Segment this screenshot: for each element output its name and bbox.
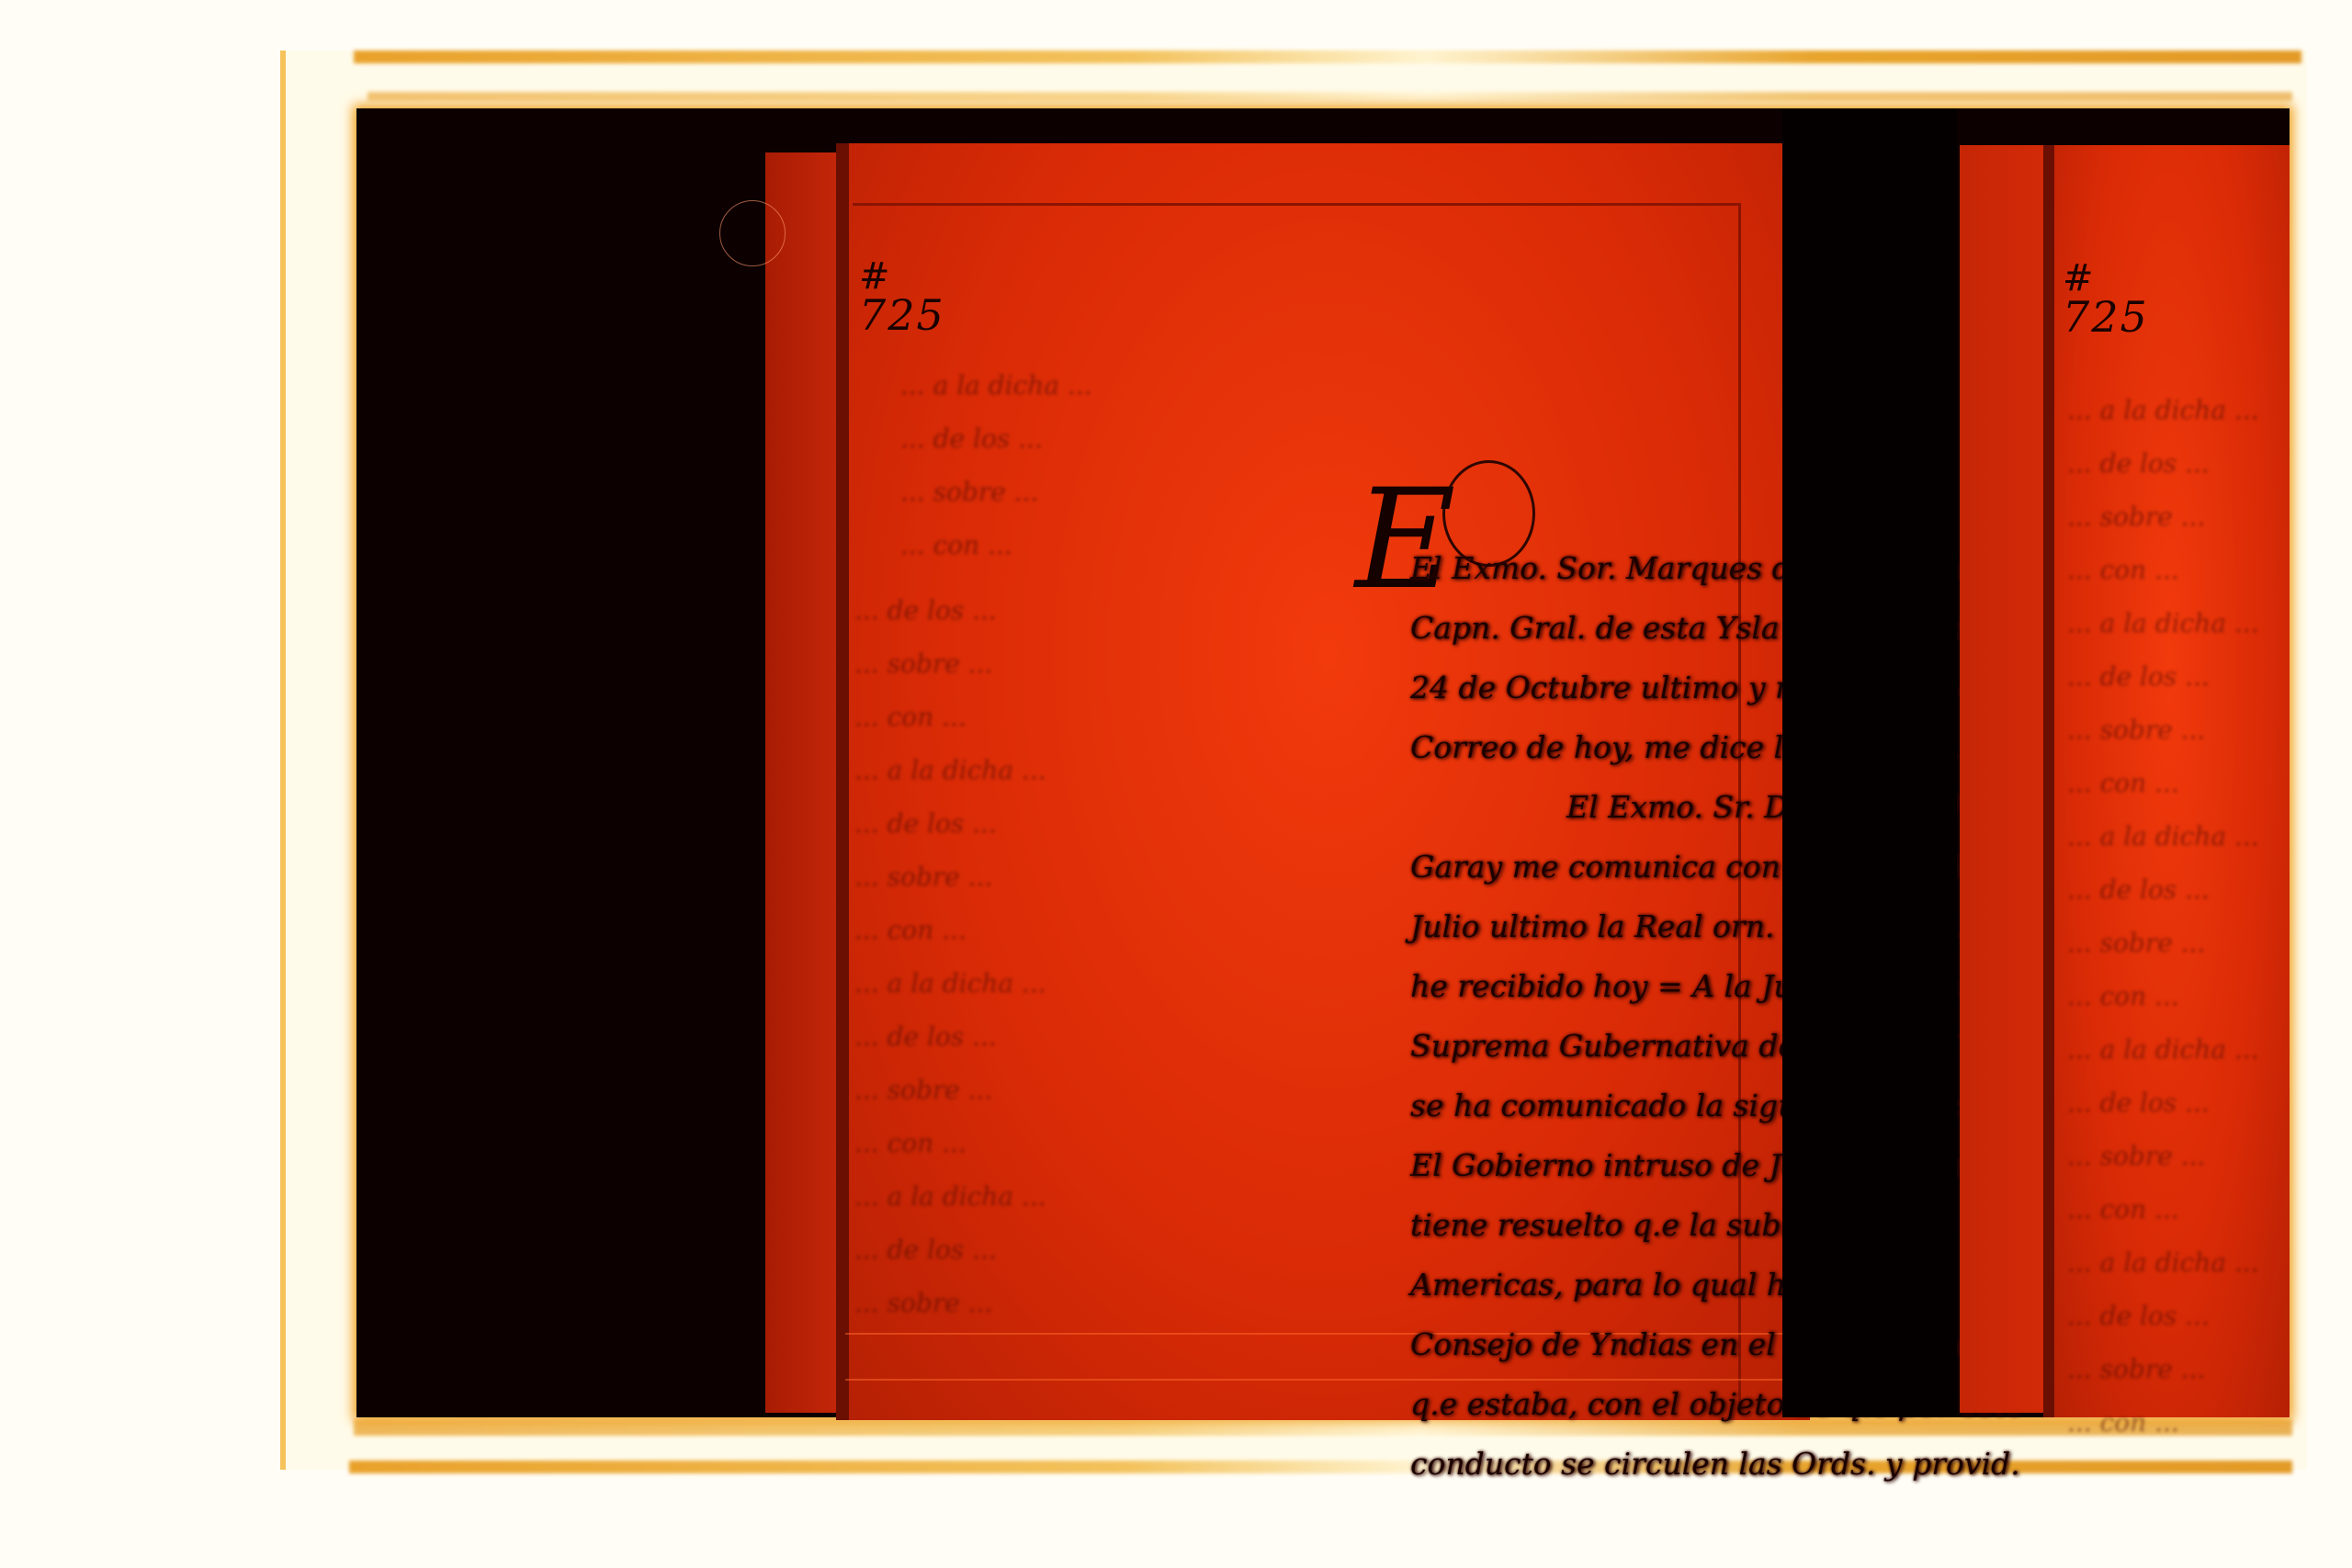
frame-gap xyxy=(1782,108,1957,1417)
microfilm-frame: # 725 ... a la dicha ... ... de los ... … xyxy=(356,108,2290,1417)
text-line: conducto se circulen las Ords. y provid. xyxy=(1410,1434,2072,1494)
adjacent-page-faint-text: ... a la dicha ... ... de los ... ... so… xyxy=(2067,384,2288,1450)
film-edge-stripe-top xyxy=(354,51,2301,63)
folio-number-adjacent: # 725 xyxy=(2063,265,2149,342)
page-binding-shadow xyxy=(836,143,849,1420)
page-binding-shadow xyxy=(2043,145,2054,1417)
manuscript-page: # 725 ... a la dicha ... ... de los ... … xyxy=(845,143,1810,1420)
adjacent-frame-page: # 725 ... a la dicha ... ... de los ... … xyxy=(2049,145,2290,1417)
dust-fiber xyxy=(719,200,786,266)
bleed-through-text-margin: ... de los ... ... sobre ... ... con ...… xyxy=(854,584,1066,1330)
film-edge-stripe-top-inner xyxy=(367,92,2292,101)
folio-number: # 725 xyxy=(859,263,945,340)
bleed-through-text: ... a la dicha ... ... de los ... ... so… xyxy=(900,359,1415,572)
adjacent-frame-page-edge xyxy=(1960,145,2047,1413)
